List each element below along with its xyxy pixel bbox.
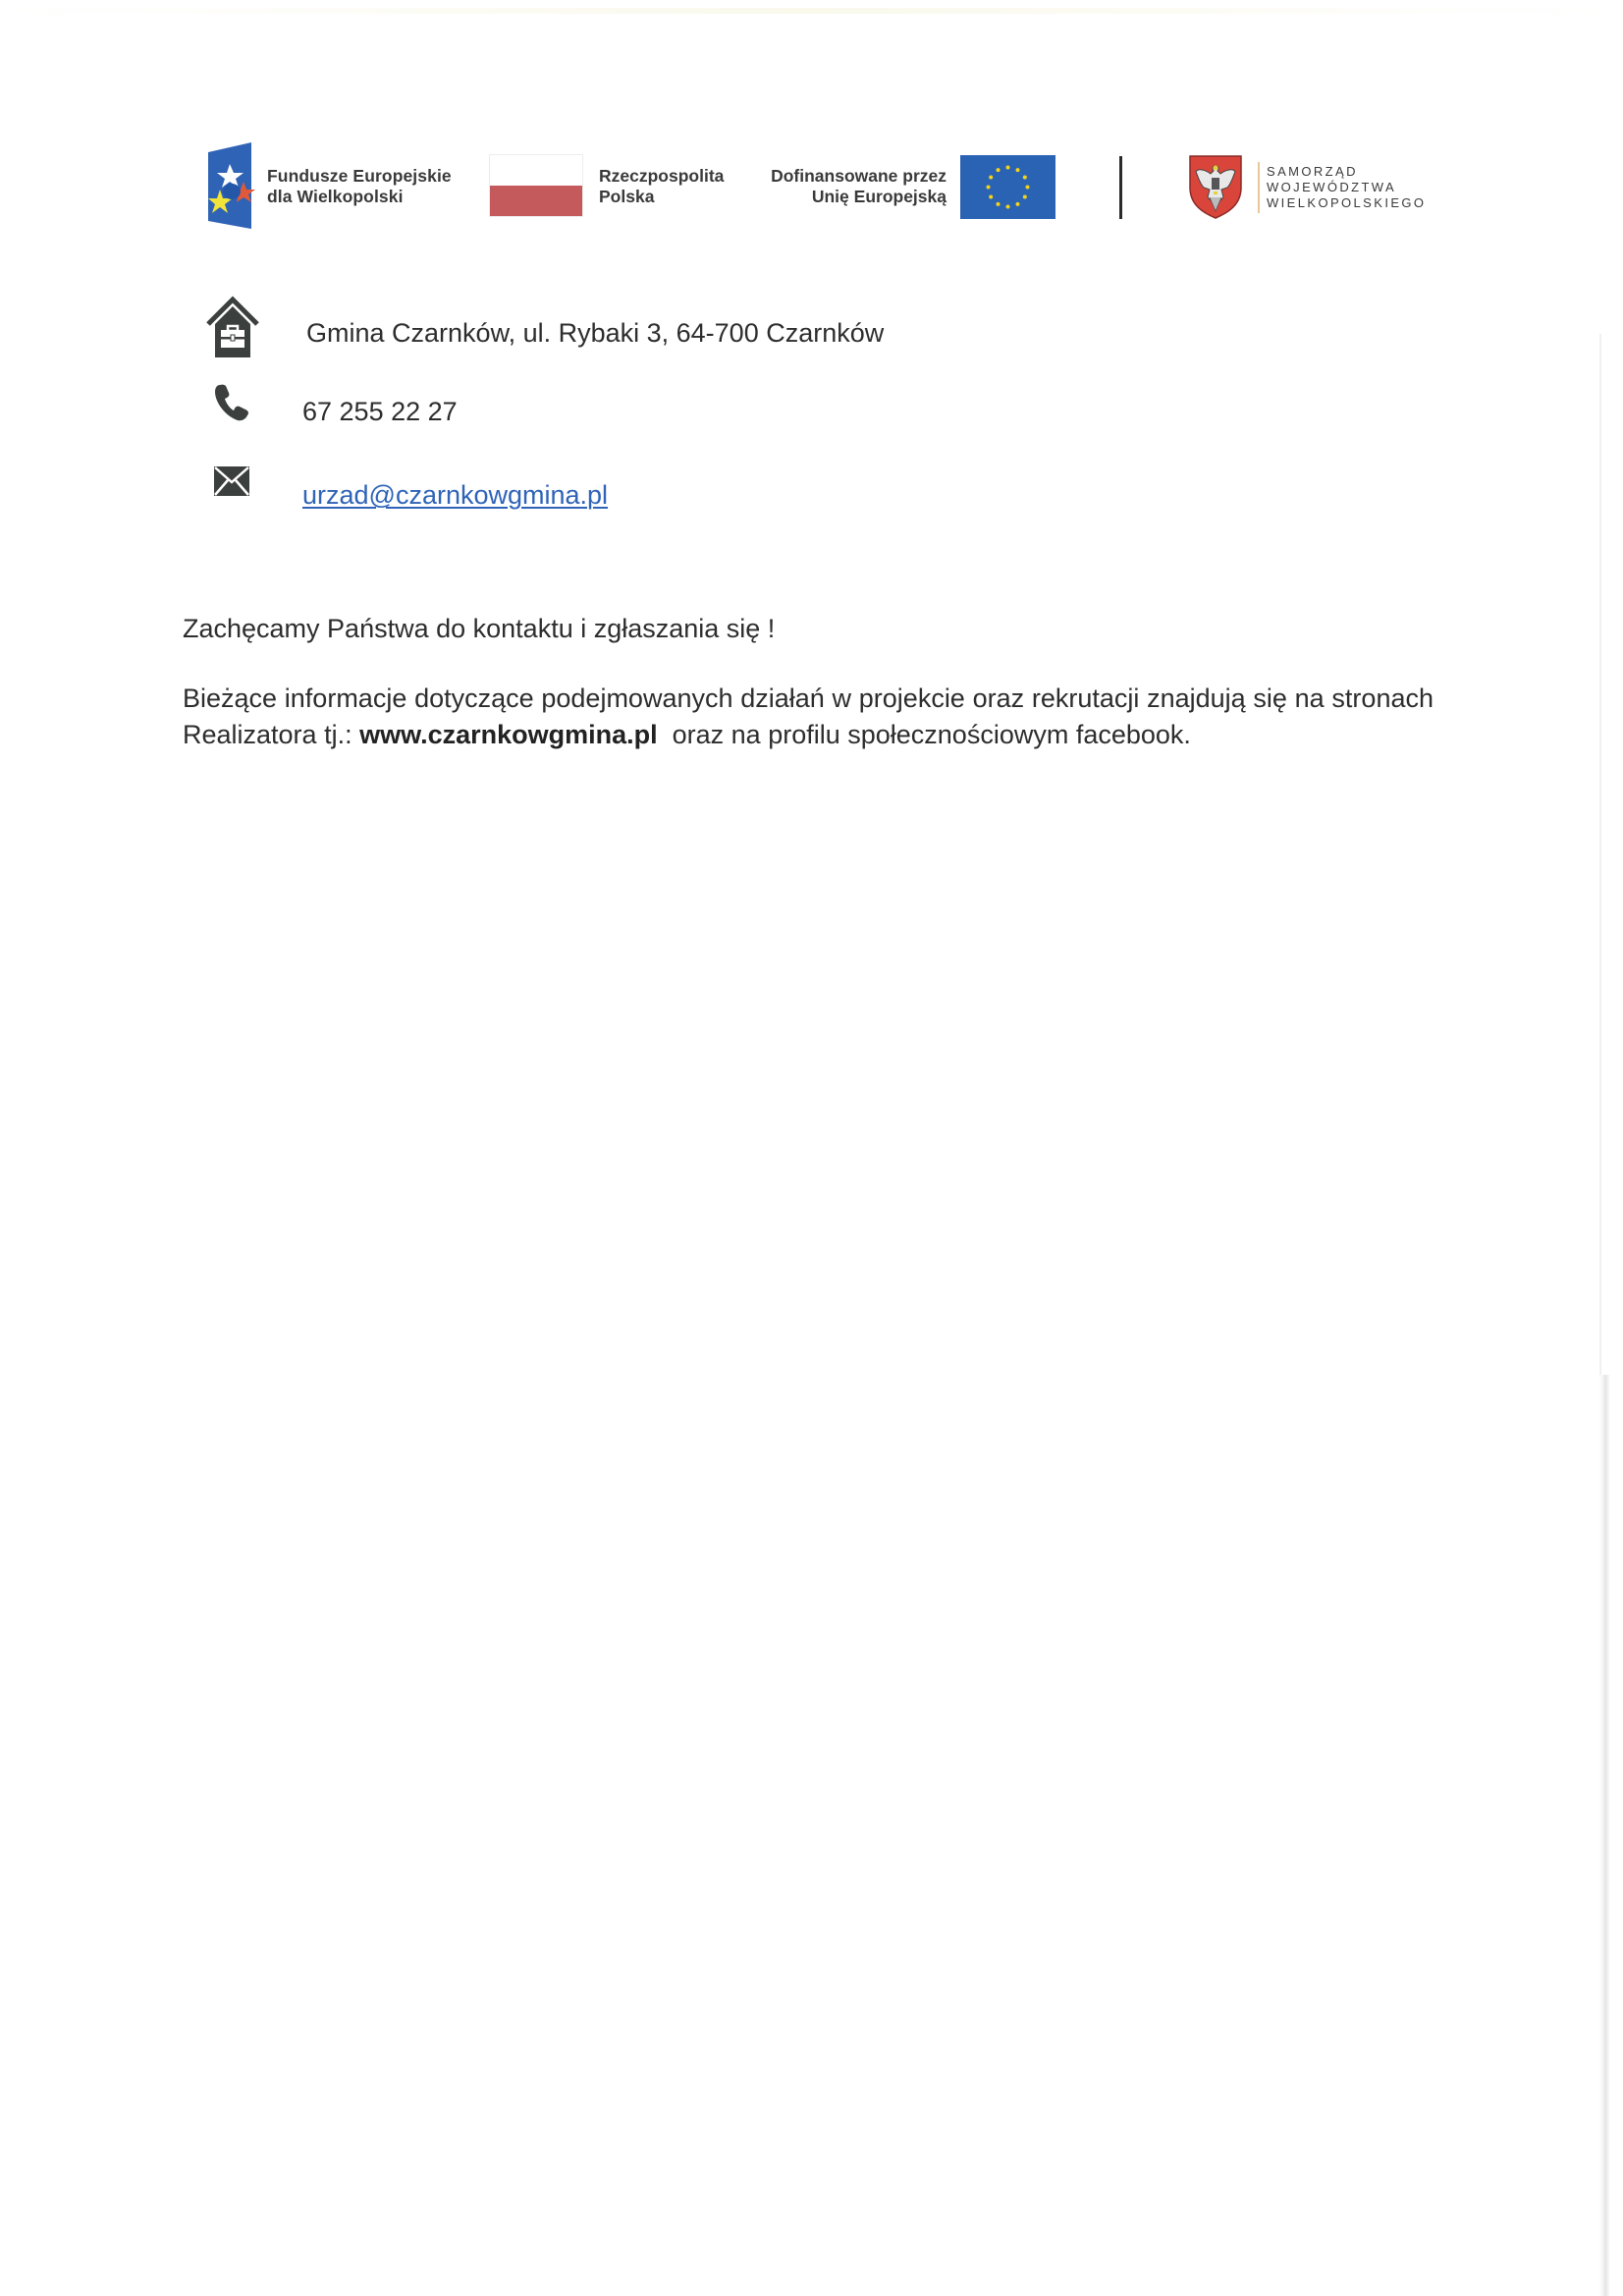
eu-line-2: Unię Europejską bbox=[756, 187, 947, 207]
samorzad-line-2: WOJEWÓDZTWA bbox=[1267, 180, 1426, 195]
samorzad-line-1: SAMORZĄD bbox=[1267, 164, 1426, 180]
logo-bar: Fundusze Europejskie dla Wielkopolski Rz… bbox=[206, 142, 1424, 231]
eu-line-1: Dofinansowane przez bbox=[756, 166, 947, 187]
scan-edge-shadow bbox=[1599, 1375, 1609, 2296]
wielkopolska-crest-icon bbox=[1188, 154, 1243, 219]
website-url[interactable]: www.czarnkowgmina.pl bbox=[359, 720, 658, 749]
pl-line-2: Polska bbox=[599, 187, 724, 207]
logo-divider bbox=[1119, 156, 1122, 219]
scan-tint bbox=[0, 8, 1610, 14]
phone-icon bbox=[214, 383, 249, 422]
eu-cofinanced-label: Dofinansowane przez Unię Europejską bbox=[756, 166, 947, 207]
info-paragraph: Bieżące informacje dotyczące podejmowany… bbox=[183, 681, 1434, 753]
fe-line-1: Fundusze Europejskie bbox=[267, 166, 452, 187]
info-text-after: oraz na profilu społecznościowym faceboo… bbox=[658, 720, 1191, 749]
envelope-icon bbox=[214, 466, 249, 496]
samorzad-line-3: WIELKOPOLSKIEGO bbox=[1267, 195, 1426, 211]
email-link[interactable]: urzad@czarnkowgmina.pl bbox=[302, 480, 608, 511]
fe-line-2: dla Wielkopolski bbox=[267, 187, 452, 207]
eu-flag-icon bbox=[960, 155, 1055, 219]
polish-flag-icon bbox=[489, 154, 583, 217]
house-briefcase-icon bbox=[206, 295, 259, 361]
document-page: Fundusze Europejskie dla Wielkopolski Rz… bbox=[0, 0, 1623, 2296]
address-text: Gmina Czarnków, ul. Rybaki 3, 64-700 Cza… bbox=[306, 318, 884, 349]
samorzad-label: SAMORZĄD WOJEWÓDZTWA WIELKOPOLSKIEGO bbox=[1267, 164, 1426, 211]
crest-separator bbox=[1258, 162, 1260, 213]
pl-line-1: Rzeczpospolita bbox=[599, 166, 724, 187]
phone-text: 67 255 22 27 bbox=[302, 397, 458, 427]
scan-edge-line bbox=[1599, 334, 1601, 1375]
fundusze-europejskie-logo-icon bbox=[208, 142, 255, 229]
invite-paragraph: Zachęcamy Państwa do kontaktu i zgłaszan… bbox=[183, 614, 1434, 644]
rzeczpospolita-label: Rzeczpospolita Polska bbox=[599, 166, 724, 207]
fundusze-europejskie-label: Fundusze Europejskie dla Wielkopolski bbox=[267, 166, 452, 207]
